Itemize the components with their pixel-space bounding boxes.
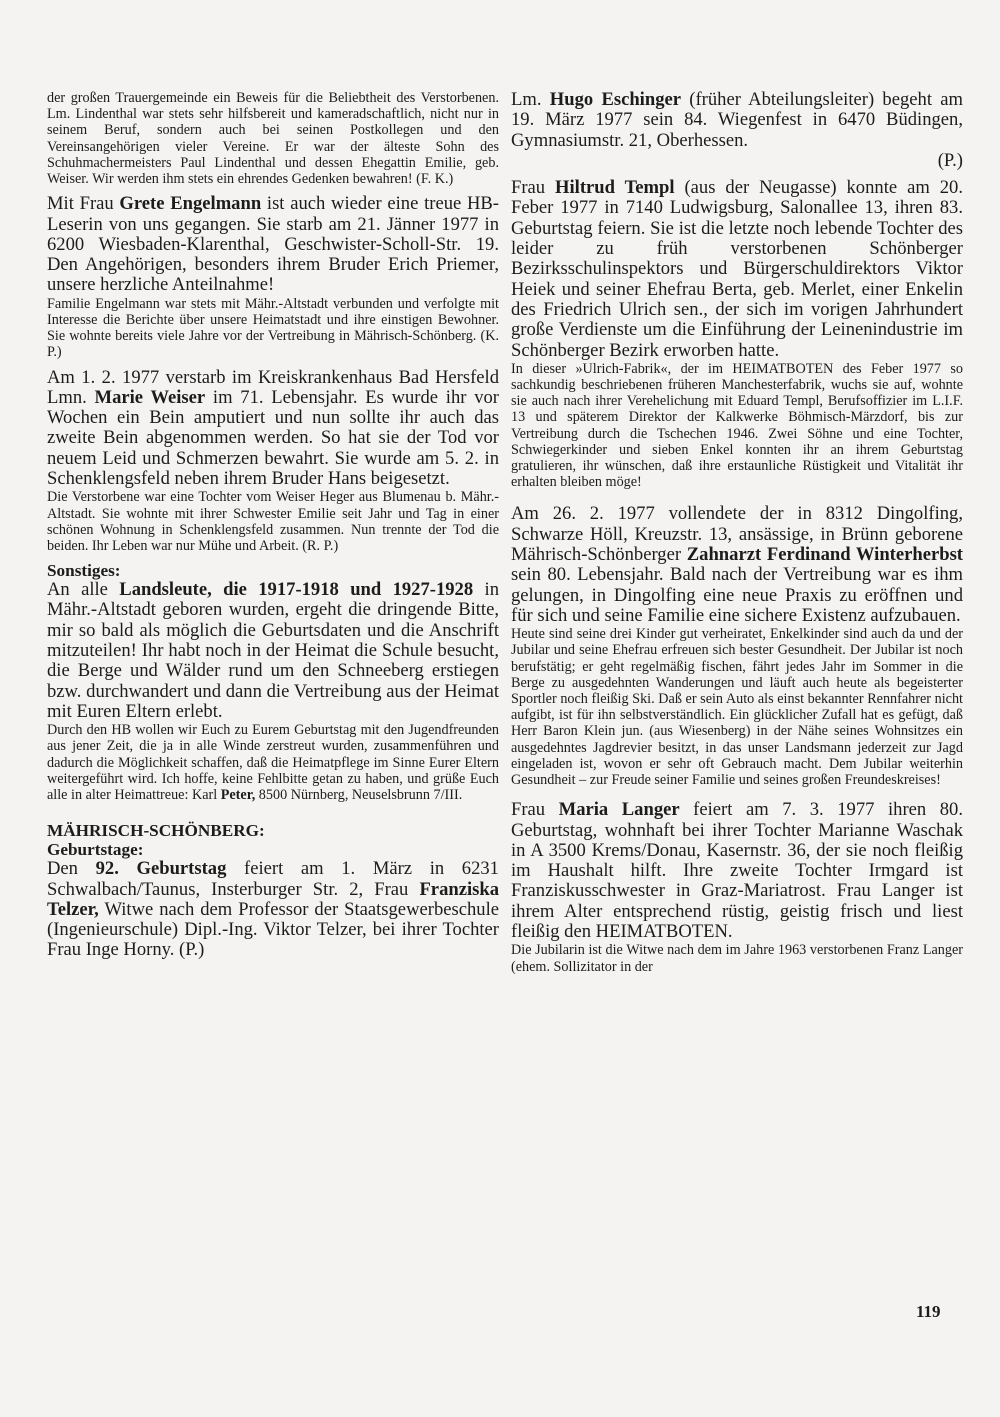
engelmann-obituary: Mit Frau Grete Engelmann ist auch wieder… bbox=[47, 194, 499, 295]
langer-birthday: Frau Maria Langer feiert am 7. 3. 1977 i… bbox=[511, 800, 963, 942]
person-name: Hugo Eschinger bbox=[550, 89, 681, 110]
templ-note: In dieser »Ulrich-Fabrik«, der im HEIMAT… bbox=[511, 361, 963, 491]
eschinger-birthday: Lm. Hugo Eschinger (früher Abteilungslei… bbox=[511, 90, 963, 151]
section-heading-maehrisch-schoenberg: MÄHRISCH-SCHÖNBERG: bbox=[47, 821, 499, 840]
templ-birthday: Frau Hiltrud Templ (aus der Neugasse) ko… bbox=[511, 178, 963, 361]
telzer-birthday: Den 92. Geburtstag feiert am 1. März in … bbox=[47, 859, 499, 960]
person-name: Hiltrud Templ bbox=[555, 177, 674, 198]
winterherbst-birthday: Am 26. 2. 1977 vollendete der in 8312 Di… bbox=[511, 504, 963, 626]
landsleute-appeal: An alle Landsleute, die 1917-1918 und 19… bbox=[47, 580, 499, 722]
person-name: Zahnarzt Ferdinand Winterherbst bbox=[687, 544, 963, 565]
landsleute-note: Durch den HB wollen wir Euch zu Eurem Ge… bbox=[47, 722, 499, 803]
engelmann-note: Familie Engelmann war stets mit Mähr.-Al… bbox=[47, 296, 499, 361]
page-number: 119 bbox=[916, 1302, 941, 1322]
signature: (P.) bbox=[511, 151, 963, 171]
lindenthal-obituary-end: der großen Trauergemeinde ein Beweis für… bbox=[47, 90, 499, 187]
langer-note: Die Jubilarin ist die Witwe nach dem im … bbox=[511, 942, 963, 974]
person-name: Peter, bbox=[221, 787, 256, 803]
left-column: der großen Trauergemeinde ein Beweis für… bbox=[47, 90, 499, 961]
winterherbst-note: Heute sind seine drei Kinder gut verheir… bbox=[511, 626, 963, 788]
person-name: Marie Weiser bbox=[95, 387, 206, 408]
weiser-note: Die Verstorbene war eine Tochter vom Wei… bbox=[47, 489, 499, 554]
section-heading-geburtstage: Geburtstage: bbox=[47, 840, 499, 859]
person-name: Grete Engelmann bbox=[119, 193, 261, 214]
weiser-obituary: Am 1. 2. 1977 verstarb im Kreiskrankenha… bbox=[47, 368, 499, 490]
right-column: Lm. Hugo Eschinger (früher Abteilungslei… bbox=[511, 90, 963, 975]
person-name: Maria Langer bbox=[559, 799, 680, 820]
section-heading-sonstiges: Sonstiges: bbox=[47, 561, 499, 580]
